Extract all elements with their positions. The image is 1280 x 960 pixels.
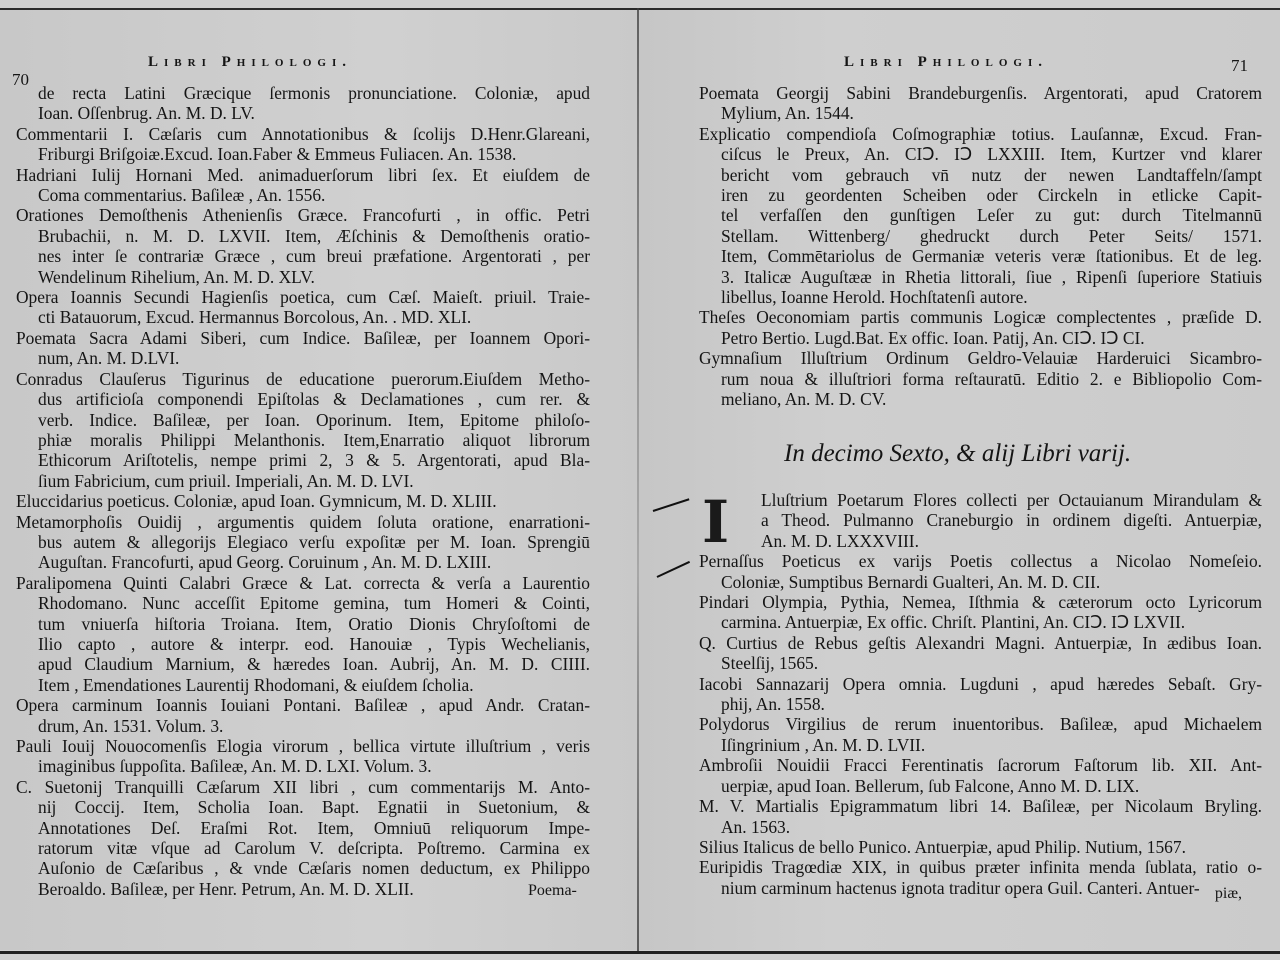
entry-line: Stellam. Wittenberg/ ghedruckt durch Pet… <box>699 226 1262 246</box>
right-page: Libri Philologi. 71 Poemata Georgij Sabi… <box>639 10 1280 950</box>
catalog-entry: M. V. Martialis Epigrammatum libri 14. B… <box>699 796 1262 837</box>
entry-line: An. 1563. <box>699 817 1262 837</box>
entry-line: nij Coccij. Item, Scholia Ioan. Bapt. Eg… <box>16 797 590 817</box>
entry-line: Poemata Georgij Sabini Brandeburgenſis. … <box>699 83 1262 103</box>
catalog-entry: Gymnaſium Illuſtrium Ordinum Geldro-Vela… <box>699 348 1262 409</box>
catalog-entry: Polydorus Virgilius de rerum inuentoribu… <box>699 714 1262 755</box>
catalog-entry: Euripidis Tragœdiæ XIX, in quibus præter… <box>699 857 1262 898</box>
entry-line: meliano, An. M. D. CV. <box>699 389 1262 409</box>
catalog-entry: Conradus Clauſerus Tigurinus de educatio… <box>16 369 590 491</box>
catalog-entry: Paralipomena Quinti Calabri Græce & Lat.… <box>16 573 590 695</box>
pen-mark <box>657 561 690 578</box>
entry-line: verb. Indice. Baſileæ, per Ioan. Oporinu… <box>16 410 590 430</box>
entry-line: An. M. D. LXXXVIII. <box>699 531 1262 551</box>
entry-line: 3. Italicæ Auguſtææ in Rhetia littorali,… <box>699 267 1262 287</box>
catalog-entry: Eluccidarius poeticus. Coloniæ, apud Ioa… <box>16 491 590 511</box>
catalog-entry: Ambroſii Nouidii Fracci Ferentinatis ſac… <box>699 755 1262 796</box>
entry-line: Ilio capto , autore & interpr. eod. Hano… <box>16 634 590 654</box>
entry-line: uerpiæ, apud Ioan. Bellerum, ſub Falcone… <box>699 776 1262 796</box>
entry-line: Coloniæ, Sumptibus Bernardi Gualteri, An… <box>699 572 1262 592</box>
left-page: 70 Libri Philologi. de recta Latini Græc… <box>0 10 637 950</box>
entry-line: Paralipomena Quinti Calabri Græce & Lat.… <box>16 573 590 593</box>
section-entry-list: Lluſtrium Poetarum Flores collecti per O… <box>699 490 1262 898</box>
catalog-entry: Pauli Iouij Nouocomenſis Elogia virorum … <box>16 736 590 777</box>
pen-mark <box>653 498 690 512</box>
catalog-entry: C. Suetonij Tranquilli Cæſarum XII libri… <box>16 777 590 899</box>
catalog-entry: Pernaſſus Poeticus ex varijs Poetis coll… <box>699 551 1262 592</box>
entry-line: drum, An. 1531. Volum. 3. <box>16 716 590 736</box>
entry-line: Coma commentarius. Baſileæ , An. 1556. <box>16 185 590 205</box>
catalog-entry: Opera carminum Ioannis Iouiani Pontani. … <box>16 695 590 736</box>
entry-line: Ethicorum Ariſtotelis, nempe primi 2, 3 … <box>16 450 590 470</box>
entry-line: a Theod. Pulmanno Craneburgio in ordinem… <box>699 510 1262 530</box>
entry-line: de recta Latini Græcique ſermonis pronun… <box>16 83 590 103</box>
catalog-entry: Orationes Demoſthenis Athenienſis Græce.… <box>16 205 590 287</box>
entry-line: Theſes Oeconomiam partis communis Logicæ… <box>699 307 1262 327</box>
catalog-entry: Q. Curtius de Rebus geſtis Alexandri Mag… <box>699 633 1262 674</box>
running-head: Libri Philologi. <box>148 54 352 71</box>
entry-line: Orationes Demoſthenis Athenienſis Græce.… <box>16 205 590 225</box>
catalog-entry: Poemata Georgij Sabini Brandeburgenſis. … <box>699 83 1262 124</box>
entry-line: Q. Curtius de Rebus geſtis Alexandri Mag… <box>699 633 1262 653</box>
catchword: piæ, <box>1215 885 1242 903</box>
entry-line: Ambroſii Nouidii Fracci Ferentinatis ſac… <box>699 755 1262 775</box>
entry-line: Polydorus Virgilius de rerum inuentoribu… <box>699 714 1262 734</box>
catalog-entry: de recta Latini Græcique ſermonis pronun… <box>16 83 590 124</box>
entry-list: de recta Latini Græcique ſermonis pronun… <box>16 83 590 899</box>
entry-line: Pindari Olympia, Pythia, Nemea, Iſthmia … <box>699 592 1262 612</box>
catalog-entry: Opera Ioannis Secundi Hagienſis poetica,… <box>16 287 590 328</box>
entry-line: Gymnaſium Illuſtrium Ordinum Geldro-Vela… <box>699 348 1262 368</box>
entry-line: Metamorphoſis Ouidij , argumentis quidem… <box>16 512 590 532</box>
catalog-entry: Commentarii I. Cæſaris cum Annotationibu… <box>16 124 590 165</box>
catalog-entry: Theſes Oeconomiam partis communis Logicæ… <box>699 307 1262 348</box>
entry-line: rum noua & illuſtriori forma reſtauratū.… <box>699 369 1262 389</box>
entry-line: Mylium, An. 1544. <box>699 103 1262 123</box>
entry-list: Poemata Georgij Sabini Brandeburgenſis. … <box>699 83 1262 410</box>
entry-line: carmina. Antuerpiæ, Ex offic. Chriſt. Pl… <box>699 612 1262 632</box>
entry-line: Friburgi Briſgoiæ.Excud. Ioan.Faber & Em… <box>16 144 590 164</box>
entry-line: apud Claudium Marnium, & hæredes Ioan. A… <box>16 654 590 674</box>
entry-line: Eluccidarius poeticus. Coloniæ, apud Ioa… <box>16 491 590 511</box>
entry-line: num, An. M. D.LVI. <box>16 348 590 368</box>
entry-line: Steelſij, 1565. <box>699 653 1262 673</box>
entry-line: Brubachii, n. M. D. LXVII. Item, Æſchini… <box>16 226 590 246</box>
entry-line: iren zu geordenten Scheiben oder Circkel… <box>699 185 1262 205</box>
book-spread: 70 Libri Philologi. de recta Latini Græc… <box>0 0 1280 960</box>
entry-line: tum vniuerſa hiſtoria Troiana. Item, Ora… <box>16 614 590 634</box>
entry-line: Commentarii I. Cæſaris cum Annotationibu… <box>16 124 590 144</box>
entry-line: Lluſtrium Poetarum Flores collecti per O… <box>699 490 1262 510</box>
catalog-entry: Lluſtrium Poetarum Flores collecti per O… <box>699 490 1262 551</box>
entry-line: Auguſtan. Francofurti, apud Georg. Corui… <box>16 552 590 572</box>
entry-line: Pernaſſus Poeticus ex varijs Poetis coll… <box>699 551 1262 571</box>
entry-line: Opera Ioannis Secundi Hagienſis poetica,… <box>16 287 590 307</box>
entry-line: Item, Commētariolus de Germaniæ veteris … <box>699 246 1262 266</box>
catchword: Poema- <box>528 882 577 900</box>
section-heading: In decimo Sexto, & alij Libri varij. <box>784 440 1131 468</box>
entry-line: Euripidis Tragœdiæ XIX, in quibus præter… <box>699 857 1262 877</box>
entry-line: M. V. Martialis Epigrammatum libri 14. B… <box>699 796 1262 816</box>
entry-line: dus artificioſa componendi Epiſtolas & D… <box>16 389 590 409</box>
catalog-entry: Iacobi Sannazarij Opera omnia. Lugduni ,… <box>699 674 1262 715</box>
bottom-edge <box>0 951 1280 954</box>
entry-line: cti Batauorum, Excud. Hermannus Borcolou… <box>16 307 590 327</box>
entry-line: Explicatio compendioſa Coſmographiæ toti… <box>699 124 1262 144</box>
entry-line: Iſingrinium , An. M. D. LVII. <box>699 735 1262 755</box>
entry-line: tel verfaſſen den gunſtigen Leſer zu gut… <box>699 205 1262 225</box>
entry-line: Wendelinum Rihelium, An. M. D. XLV. <box>16 267 590 287</box>
entry-line: Petro Bertio. Lugd.Bat. Ex offic. Ioan. … <box>699 328 1262 348</box>
entry-line: C. Suetonij Tranquilli Cæſarum XII libri… <box>16 777 590 797</box>
entry-line: bus autem & allegorijs Elegiaco verſu ex… <box>16 532 590 552</box>
catalog-entry: Metamorphoſis Ouidij , argumentis quidem… <box>16 512 590 573</box>
entry-line: phiæ moralis Philippi Melanthonis. Item,… <box>16 430 590 450</box>
entry-line: ciſcus le Preux, An. CIↃ. IↃ LXXIII. Ite… <box>699 144 1262 164</box>
entry-line: Rhodomano. Nunc acceſſit Epitome gemina,… <box>16 593 590 613</box>
running-head: Libri Philologi. <box>844 54 1048 71</box>
entry-line: Annotationes Deſ. Eraſmi Rot. Item, Omni… <box>16 818 590 838</box>
entry-line: Hadriani Iulij Hornani Med. animaduerſor… <box>16 165 590 185</box>
entry-line: Iacobi Sannazarij Opera omnia. Lugduni ,… <box>699 674 1262 694</box>
entry-line: Item , Emendationes Laurentij Rhodomani,… <box>16 675 590 695</box>
entry-line: Conradus Clauſerus Tigurinus de educatio… <box>16 369 590 389</box>
entry-line: Silius Italicus de bello Punico. Antuerp… <box>699 837 1262 857</box>
entry-line: bericht vom gebrauch vn̄ nutz der newen … <box>699 165 1262 185</box>
catalog-entry: Pindari Olympia, Pythia, Nemea, Iſthmia … <box>699 592 1262 633</box>
catalog-entry: Silius Italicus de bello Punico. Antuerp… <box>699 837 1262 857</box>
catalog-entry: Poemata Sacra Adami Siberi, cum Indice. … <box>16 328 590 369</box>
catalog-entry: Explicatio compendioſa Coſmographiæ toti… <box>699 124 1262 308</box>
entry-line: ſium Fabricium, cum priuil. Imperiali, A… <box>16 471 590 491</box>
catalog-entry: Hadriani Iulij Hornani Med. animaduerſor… <box>16 165 590 206</box>
entry-line: Poemata Sacra Adami Siberi, cum Indice. … <box>16 328 590 348</box>
entry-line: Ioan. Oſſenbrug. An. M. D. LV. <box>16 103 590 123</box>
entry-line: phij, An. 1558. <box>699 694 1262 714</box>
entry-line: ratorum vitæ vſque ad Carolum V. deſcrip… <box>16 838 590 858</box>
entry-line: nium carminum hactenus ignota traditur o… <box>699 878 1262 898</box>
entry-line: Opera carminum Ioannis Iouiani Pontani. … <box>16 695 590 715</box>
entry-line: Auſonio de Cæſaribus , & vnde Cæſaris no… <box>16 858 590 878</box>
entry-line: Pauli Iouij Nouocomenſis Elogia virorum … <box>16 736 590 756</box>
page-number: 71 <box>1231 56 1248 76</box>
entry-line: libellus, Ioanne Herold. Hochſtatenſi au… <box>699 287 1262 307</box>
entry-line: imaginibus ſuppoſita. Baſileæ, An. M. D.… <box>16 756 590 776</box>
entry-line: Beroaldo. Baſileæ, per Henr. Petrum, An.… <box>16 879 590 899</box>
entry-line: nes inter ſe contrariæ Græce , cum breui… <box>16 246 590 266</box>
